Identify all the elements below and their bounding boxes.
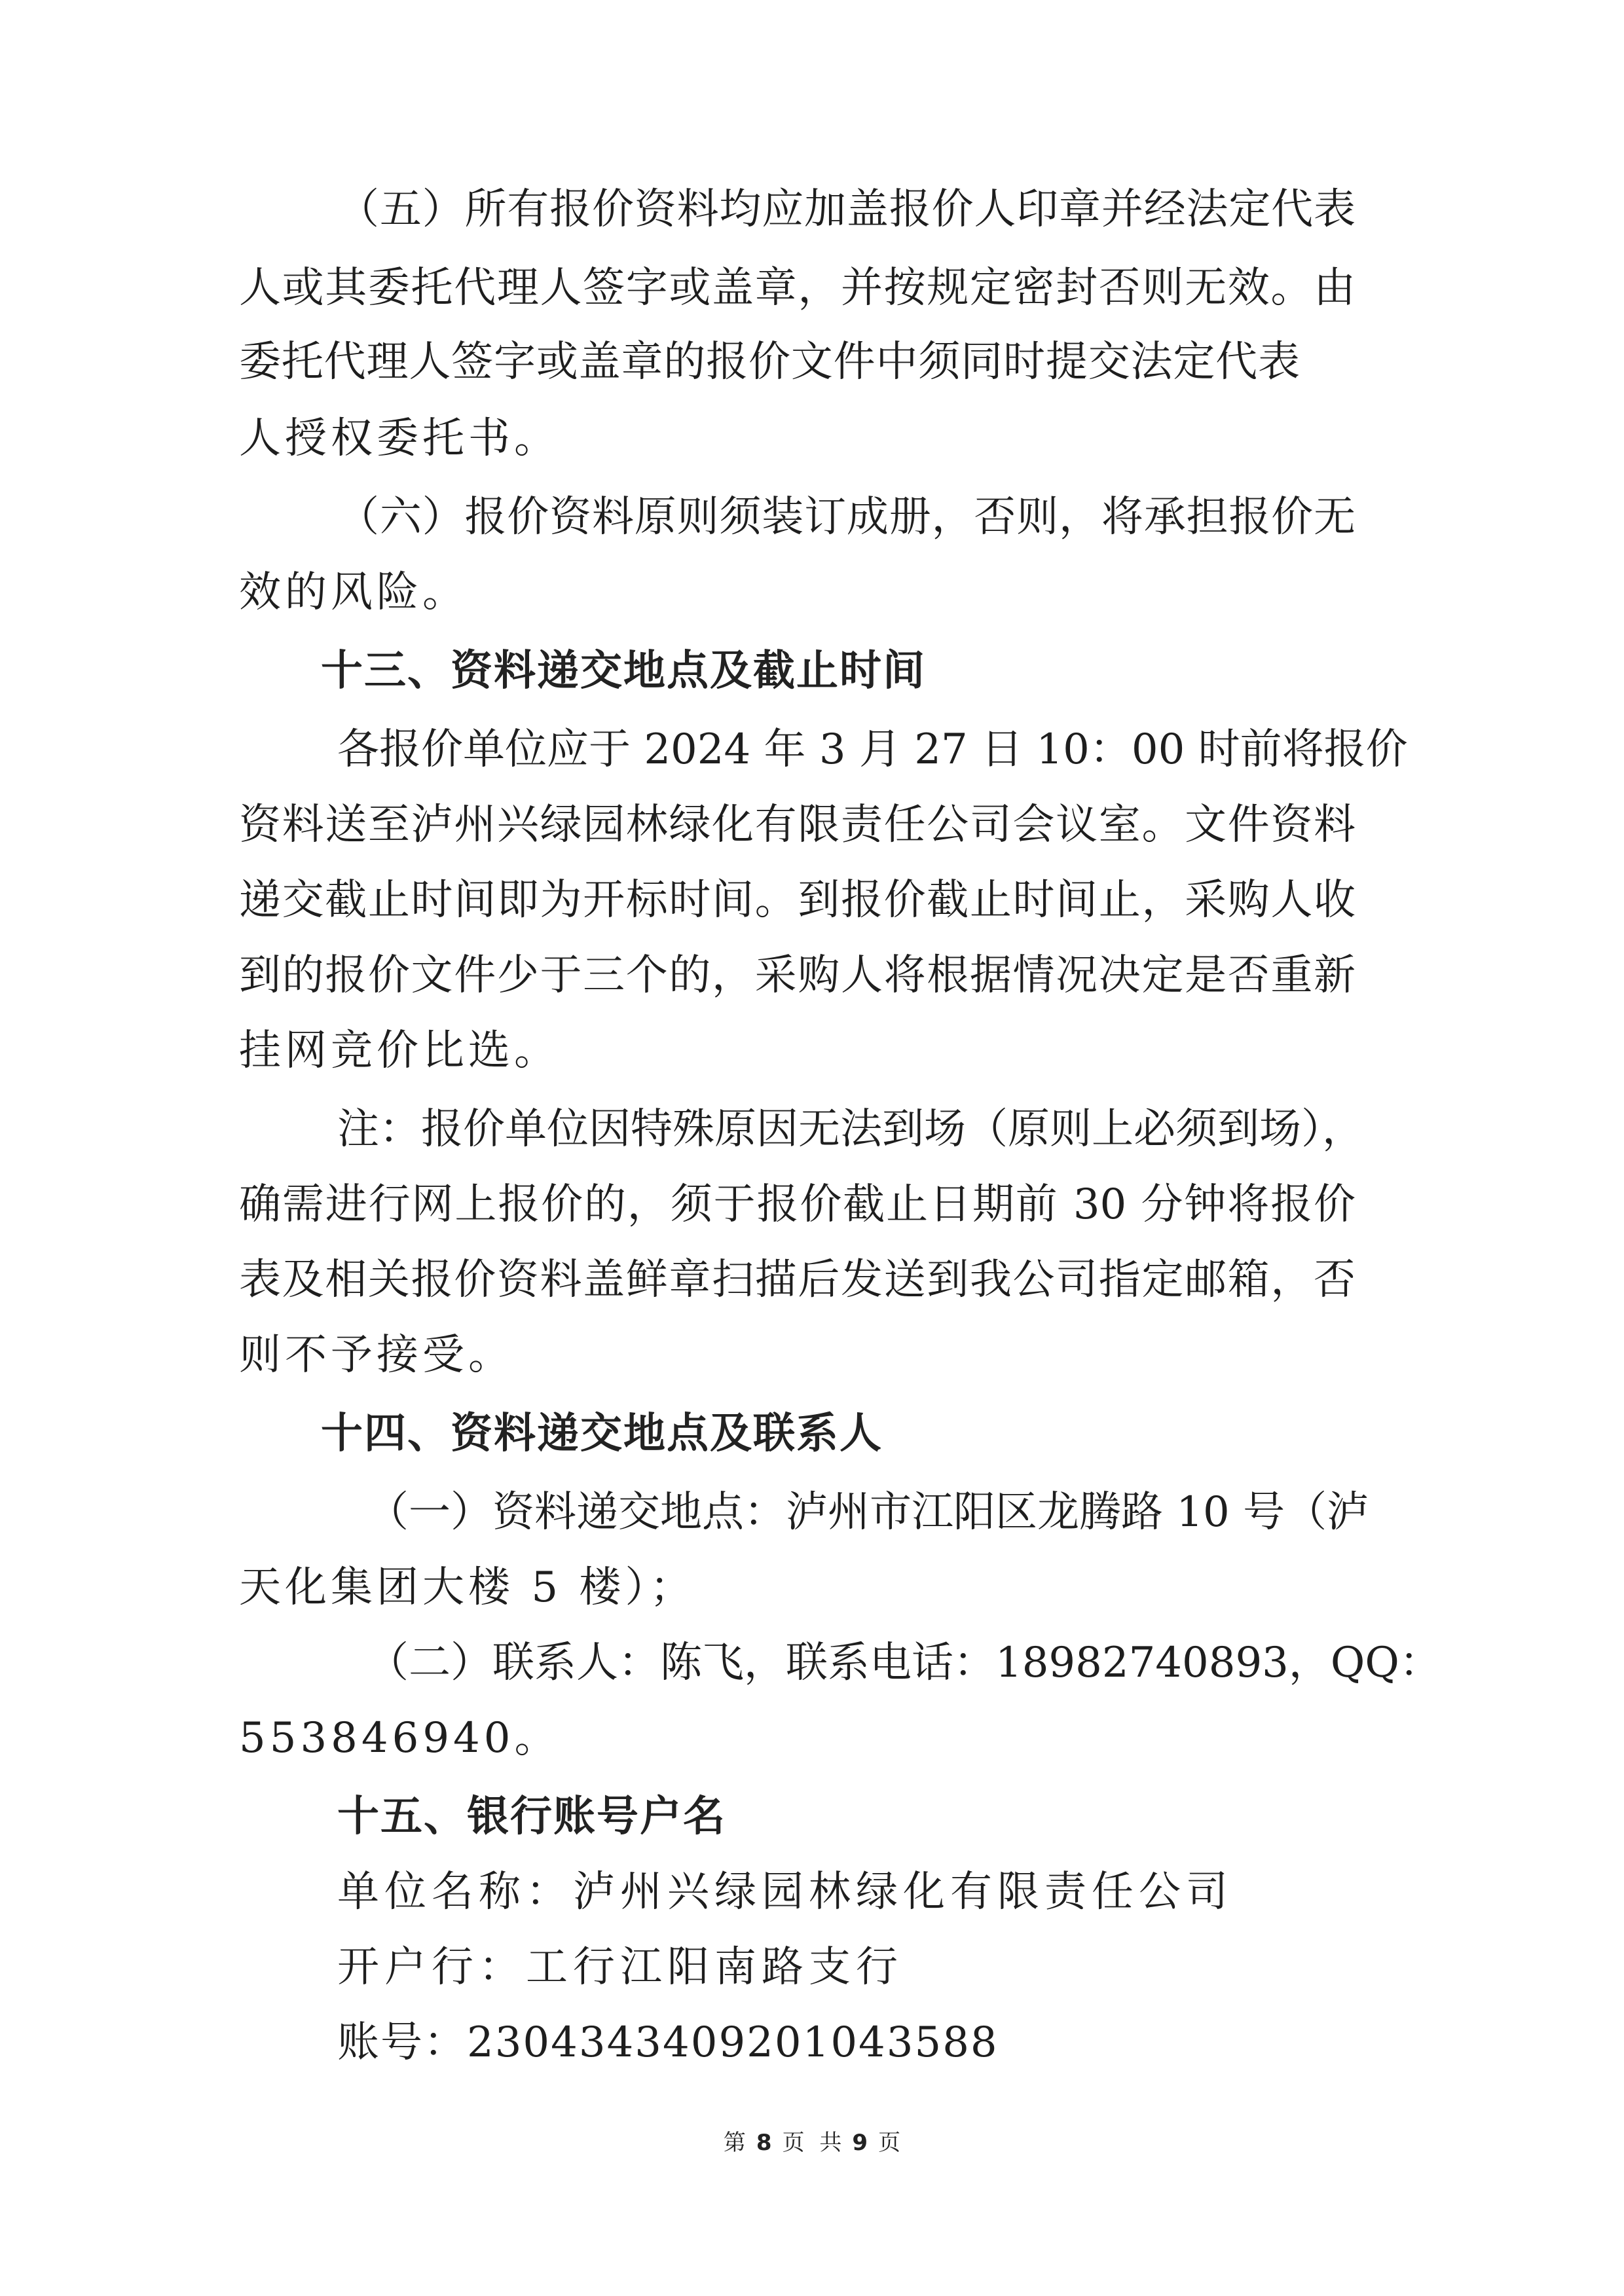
bank-account-number: 账号：2304343409201043588 bbox=[337, 2013, 999, 2072]
section-13-note-line-4: 则不予接受。 bbox=[239, 1326, 1356, 1385]
item-5-line-3: 委托代理人签字或盖章的报价文件中须同时提交法定代表 bbox=[239, 333, 1300, 392]
section-14-contact-line-2: 553846940。 bbox=[239, 1709, 1356, 1768]
bank-branch: 开户行：工行江阳南路支行 bbox=[337, 1938, 903, 1997]
section-13-heading: 十三、资料递交地点及截止时间 bbox=[321, 642, 926, 701]
bank-unit-name: 单位名称：泸州兴绿园林绿化有限责任公司 bbox=[337, 1863, 1233, 1922]
item-6-line-1: （六）报价资料原则须装订成册，否则，将承担报价无 bbox=[337, 488, 1356, 547]
section-13-note-line-3: 表及相关报价资料盖鲜章扫描后发送到我公司指定邮箱，否 bbox=[239, 1250, 1356, 1309]
section-13-para-line-4: 到的报价文件少于三个的，采购人将根据情况决定是否重新 bbox=[239, 946, 1356, 1005]
footer-suffix: 页 bbox=[878, 2130, 900, 2156]
section-13-para-line-3: 递交截止时间即为开标时间。到报价截止时间止，采购人收 bbox=[239, 871, 1356, 930]
section-14-contact-line-1: （二）联系人：陈飞，联系电话：18982740893，QQ： bbox=[367, 1633, 1356, 1692]
item-5-line-4: 人授权委托书。 bbox=[239, 409, 1356, 468]
section-13-para-line-5: 挂网竞价比选。 bbox=[239, 1021, 1356, 1080]
document-page: （五）所有报价资料均应加盖报价人印章并经法定代表 人或其委托代理人签字或盖章，并… bbox=[0, 0, 1624, 2296]
item-5-line-2: 人或其委托代理人签字或盖章，并按规定密封否则无效。由 bbox=[239, 259, 1356, 318]
footer-total-pages: 9 bbox=[852, 2130, 868, 2156]
item-5-line-1: （五）所有报价资料均应加盖报价人印章并经法定代表 bbox=[337, 180, 1356, 239]
section-15-heading: 十五、银行账号户名 bbox=[337, 1787, 726, 1846]
section-13-para-line-2: 资料送至泸州兴绿园林绿化有限责任公司会议室。文件资料 bbox=[239, 795, 1356, 854]
section-14-address-line-2: 天化集团大楼 5 楼）； bbox=[239, 1558, 1356, 1617]
footer-prefix: 第 bbox=[724, 2130, 746, 2156]
footer-current-page: 8 bbox=[756, 2130, 772, 2156]
footer-middle: 页 共 bbox=[783, 2130, 842, 2156]
item-6-line-2: 效的风险。 bbox=[239, 563, 1356, 622]
page-footer: 第8页 共9页 bbox=[0, 2124, 1624, 2157]
section-14-heading: 十四、资料递交地点及联系人 bbox=[321, 1404, 883, 1463]
section-13-note-line-1: 注：报价单位因特殊原因无法到场（原则上必须到场）， bbox=[337, 1100, 1356, 1159]
section-13-note-line-2: 确需进行网上报价的，须于报价截止日期前 30 分钟将报价 bbox=[239, 1175, 1356, 1234]
section-13-para-line-1: 各报价单位应于 2024 年 3 月 27 日 10：00 时前将报价 bbox=[337, 720, 1356, 779]
section-14-address-line-1: （一）资料递交地点：泸州市江阳区龙腾路 10 号（泸 bbox=[367, 1483, 1356, 1542]
